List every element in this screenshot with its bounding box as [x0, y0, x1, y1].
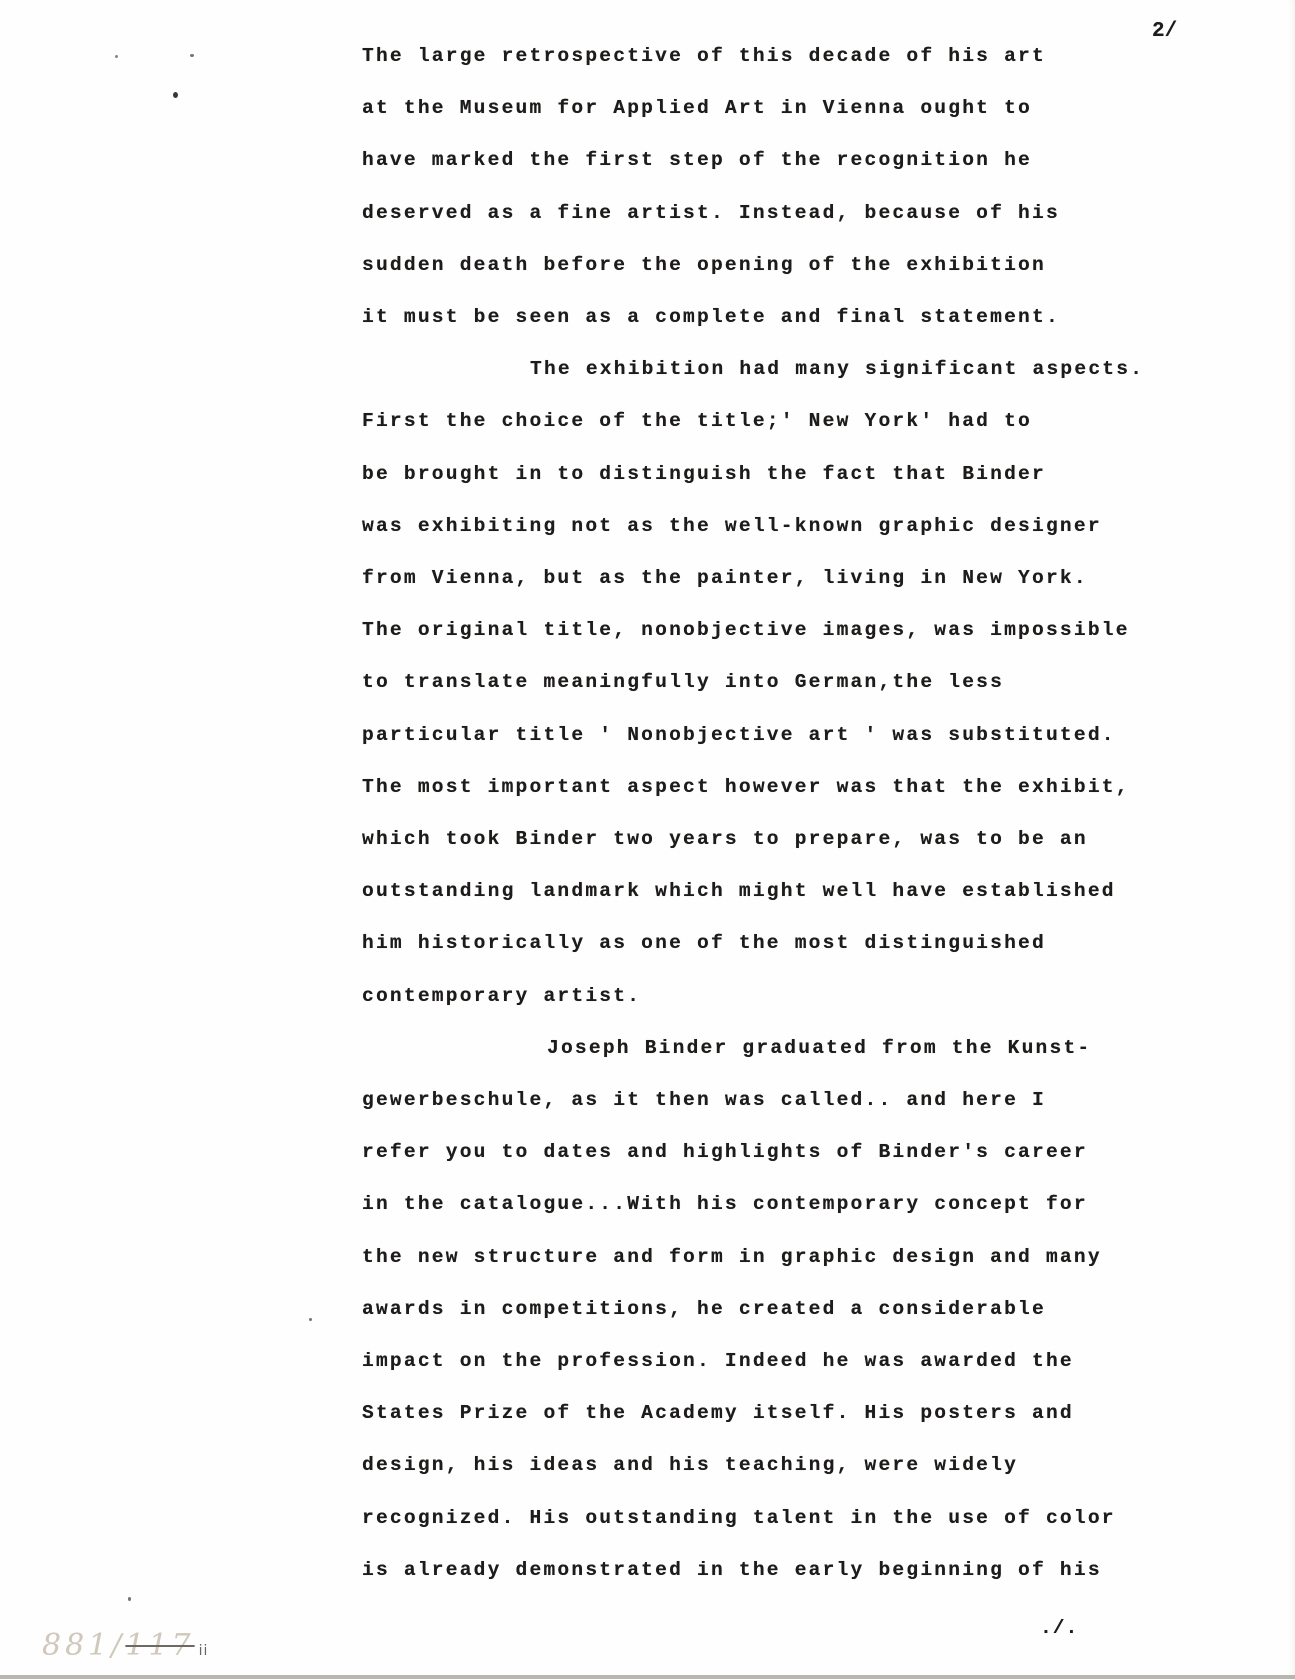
text-line: have marked the first step of the recogn…: [362, 149, 1032, 171]
text-line: deserved as a fine artist. Instead, beca…: [362, 202, 1060, 224]
ink-speck: [128, 1597, 131, 1601]
text-line: which took Binder two years to prepare, …: [362, 828, 1088, 850]
paragraph-first-line: Joseph Binder graduated from the Kunst-: [547, 1037, 1091, 1059]
ink-speck: [190, 54, 194, 57]
text-line: recognized. His outstanding talent in th…: [362, 1507, 1116, 1529]
page-number: 2/: [1152, 20, 1177, 43]
text-line: impact on the profession. Indeed he was …: [362, 1350, 1074, 1372]
text-line: States Prize of the Academy itself. His …: [362, 1402, 1074, 1424]
text-line: him historically as one of the most dist…: [362, 932, 1046, 954]
text-line: particular title ' Nonobjective art ' wa…: [362, 724, 1116, 746]
text-line: it must be seen as a complete and final …: [362, 306, 1060, 328]
text-line: refer you to dates and highlights of Bin…: [362, 1141, 1088, 1163]
ink-speck: [115, 55, 118, 58]
text-line: the new structure and form in graphic de…: [362, 1246, 1102, 1268]
text-line: in the catalogue...With his contemporary…: [362, 1193, 1088, 1215]
text-line: is already demonstrated in the early beg…: [362, 1559, 1102, 1581]
text-line: The large retrospective of this decade o…: [362, 45, 1046, 67]
text-line: First the choice of the title;' New York…: [362, 410, 1032, 432]
text-line: awards in competitions, he created a con…: [362, 1298, 1046, 1320]
paragraph-first-line: The exhibition had many significant aspe…: [530, 358, 1144, 380]
archive-pencil-note: 881/117ii: [42, 1628, 208, 1663]
text-line: be brought in to distinguish the fact th…: [362, 463, 1046, 485]
text-line: sudden death before the opening of the e…: [362, 254, 1046, 276]
text-line: was exhibiting not as the well-known gra…: [362, 515, 1102, 537]
continuation-mark: ./.: [1040, 1617, 1078, 1639]
archive-note-struck-number: 117: [125, 1628, 194, 1663]
text-line: contemporary artist.: [362, 985, 641, 1007]
typewritten-page: 2/ The large retrospective of this decad…: [0, 0, 1295, 1679]
text-line: from Vienna, but as the painter, living …: [362, 567, 1088, 589]
text-line: to translate meaningfully into German,th…: [362, 671, 1004, 693]
text-line: outstanding landmark which might well ha…: [362, 880, 1116, 902]
archive-note-suffix: ii: [199, 1643, 209, 1659]
text-line: design, his ideas and his teaching, were…: [362, 1454, 1018, 1476]
text-line: at the Museum for Applied Art in Vienna …: [362, 97, 1032, 119]
text-line: The most important aspect however was th…: [362, 776, 1130, 798]
archive-note-prefix: 881/: [42, 1628, 125, 1663]
ink-speck: [173, 92, 178, 98]
text-line: gewerbeschule, as it then was called.. a…: [362, 1089, 1046, 1111]
ink-speck: [309, 1318, 312, 1321]
text-line: The original title, nonobjective images,…: [362, 619, 1130, 641]
